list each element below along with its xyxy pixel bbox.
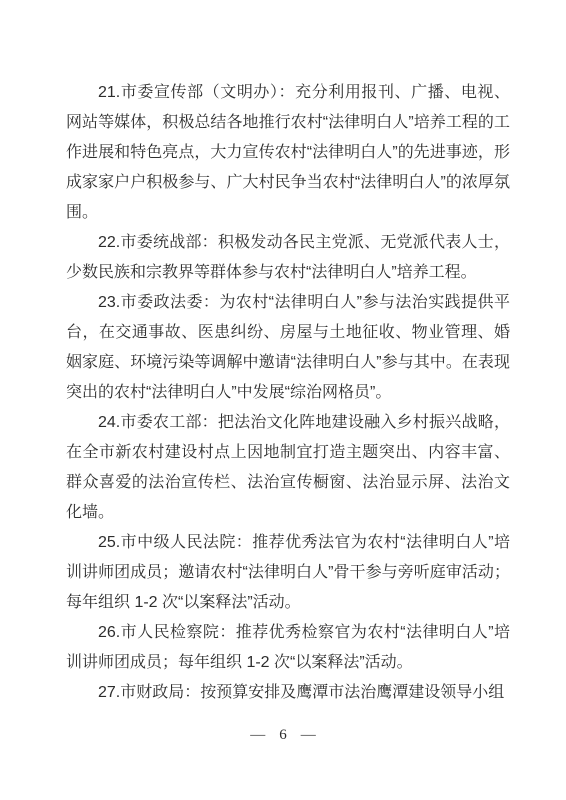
paragraph-item-27: 27.市财政局：按预算安排及鹰潭市法治鹰潭建设领导小组 bbox=[66, 678, 510, 708]
paragraph-item-25: 25.市中级人民法院：推荐优秀法官为农村“法律明白人”培训讲师团成员；邀请农村“… bbox=[66, 528, 510, 618]
footer-dash-right: — bbox=[301, 727, 316, 743]
page-number: 6 bbox=[279, 724, 287, 746]
document-body: 21.市委宣传部（文明办）：充分利用报刊、广播、电视、网站等媒体，积极总结各地推… bbox=[66, 78, 510, 708]
paragraph-item-21: 21.市委宣传部（文明办）：充分利用报刊、广播、电视、网站等媒体，积极总结各地推… bbox=[66, 78, 510, 228]
footer-dash-left: — bbox=[250, 727, 265, 743]
paragraph-item-24: 24.市委农工部：把法治文化阵地建设融入乡村振兴战略，在全市新农村建设村点上因地… bbox=[66, 408, 510, 528]
document-page: 21.市委宣传部（文明办）：充分利用报刊、广播、电视、网站等媒体，积极总结各地推… bbox=[0, 0, 566, 800]
paragraph-item-23: 23.市委政法委：为农村“法律明白人”参与法治实践提供平台，在交通事故、医患纠纷… bbox=[66, 288, 510, 408]
paragraph-item-26: 26.市人民检察院：推荐优秀检察官为农村“法律明白人”培训讲师团成员；每年组织 … bbox=[66, 618, 510, 678]
paragraph-item-22: 22.市委统战部：积极发动各民主党派、无党派代表人士，少数民族和宗教界等群体参与… bbox=[66, 228, 510, 288]
page-footer: —6— bbox=[0, 724, 566, 746]
